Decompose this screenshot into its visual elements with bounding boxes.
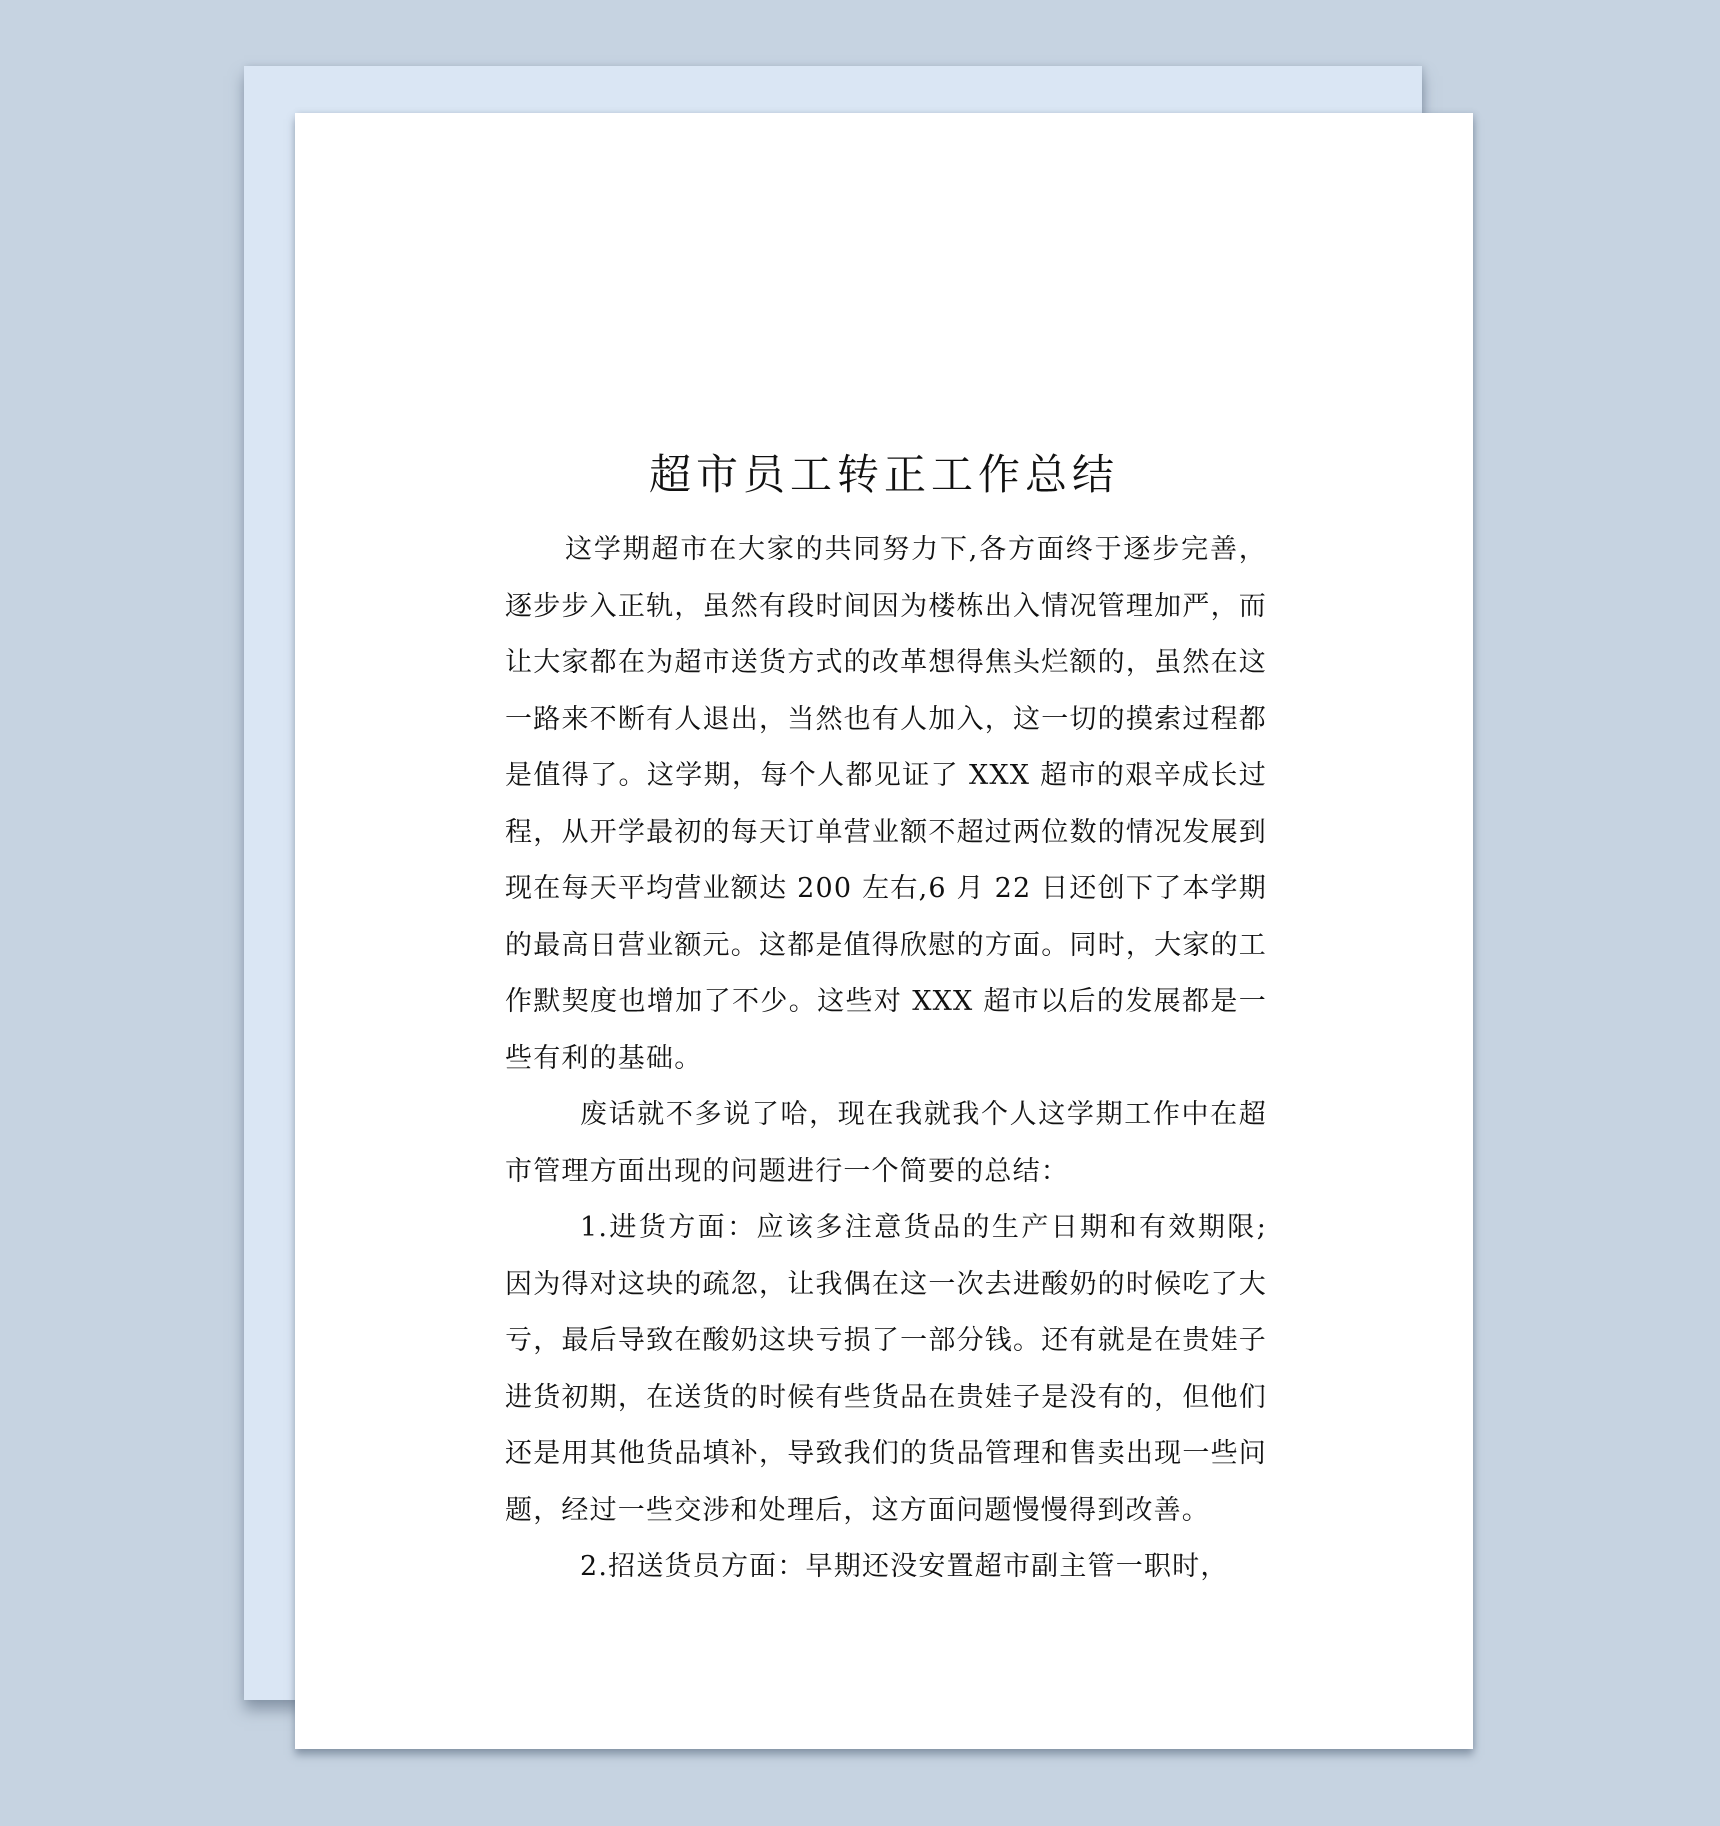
document-page: 超市员工转正工作总结 这学期超市在大家的共同努力下,各方面终于逐步完善，逐步步入…: [295, 113, 1473, 1749]
document-body: 这学期超市在大家的共同努力下,各方面终于逐步完善，逐步步入正轨，虽然有段时间因为…: [505, 522, 1267, 1596]
paragraph-summary-lead: 废话就不多说了哈，现在我就我个人这学期工作中在超市管理方面出现的问题进行一个简要…: [505, 1087, 1267, 1200]
document-title: 超市员工转正工作总结: [295, 445, 1473, 505]
paragraph-intro: 这学期超市在大家的共同努力下,各方面终于逐步完善，逐步步入正轨，虽然有段时间因为…: [505, 522, 1267, 1087]
paragraph-purchasing: 1.进货方面：应该多注意货品的生产日期和有效期限;因为得对这块的疏忽，让我偶在这…: [505, 1200, 1267, 1539]
paragraph-delivery-staff: 2.招送货员方面：早期还没安置超市副主管一职时，: [505, 1539, 1267, 1596]
